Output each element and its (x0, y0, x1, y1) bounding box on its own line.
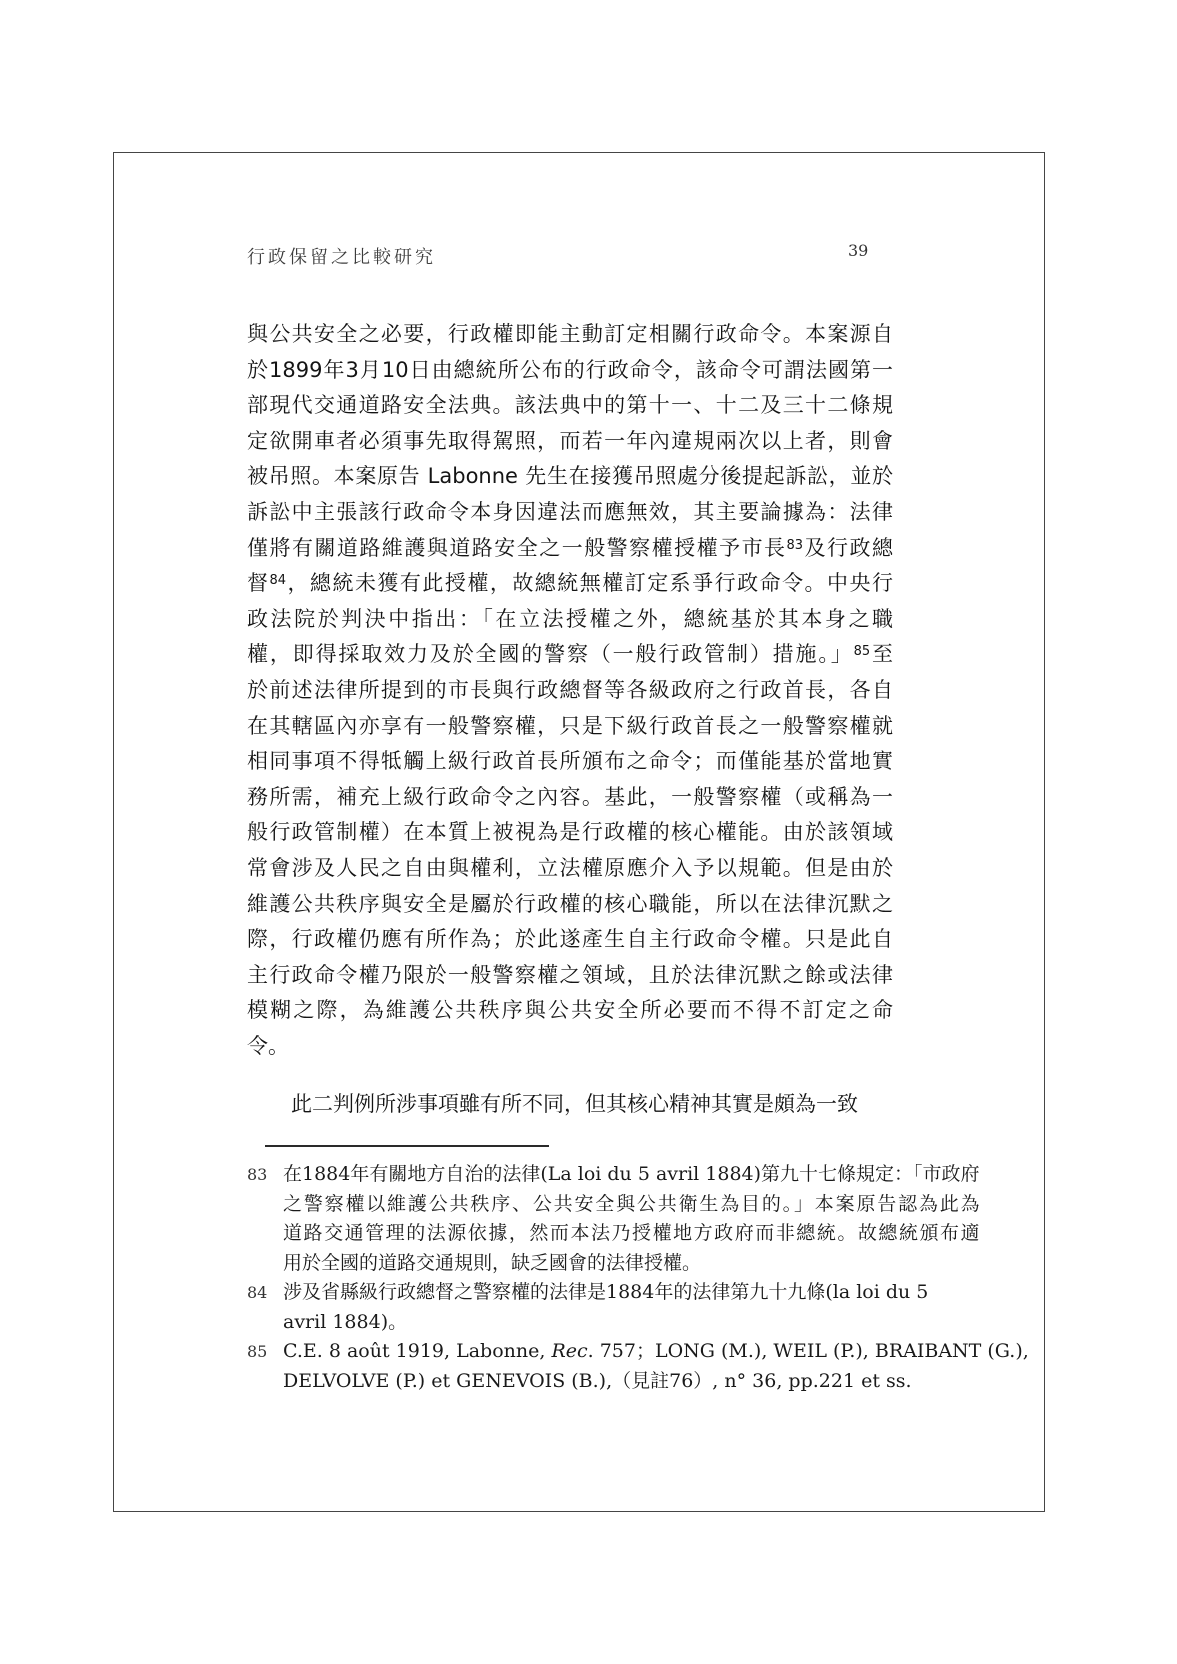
body-line: 被吊照。本案原告 Labonne 先生在接獲吊照處分後提起訴訟，並於 (247, 459, 893, 495)
body-line: 際，行政權仍應有所作為；於此遂產生自主行政命令權。只是此自 (247, 922, 893, 958)
body-line: 政法院於判決中指出：「在立法授權之外，總統基於其本身之職 (247, 602, 893, 638)
body-line: 訴訟中主張該行政命令本身因違法而應無效，其主要論據為：法律 (247, 495, 893, 531)
body-line: 模糊之際，為維護公共秩序與公共安全所必要而不得不訂定之命 (247, 993, 893, 1029)
body-line: 務所需，補充上級行政命令之內容。基此，一般警察權（或稱為一 (247, 780, 893, 816)
footnote-line: 用於全國的道路交通規則，缺乏國會的法律授權。 (283, 1249, 980, 1279)
body-line: 相同事項不得牴觸上級行政首長所頒布之命令；而僅能基於當地實 (247, 744, 893, 780)
running-head-title: 行政保留之比較研究 (247, 243, 436, 269)
footnote-text: 涉及省縣級行政總督之警察權的法律是1884年的法律第九十九條(la loi du… (283, 1278, 928, 1337)
body-line: 部現代交通道路安全法典。該法典中的第十一、十二及三十二條規 (247, 388, 893, 424)
body-line: 維護公共秩序與安全是屬於行政權的核心職能，所以在法律沉默之 (247, 887, 893, 923)
body-line: 令。 (247, 1029, 893, 1065)
footnote-line: DELVOLVE (P.) et GENEVOIS (B.),（見註76）, n… (283, 1367, 1029, 1397)
body-line: 與公共安全之必要，行政權即能主動訂定相關行政命令。本案源自 (247, 317, 893, 353)
body-line: 於前述法律所提到的市長與行政總督等各級政府之行政首長，各自 (247, 673, 893, 709)
body-line: 般行政管制權）在本質上被視為是行政權的核心權能。由於該領域 (247, 815, 893, 851)
main-text-paragraph: 與公共安全之必要，行政權即能主動訂定相關行政命令。本案源自於1899年3月10日… (247, 317, 893, 1064)
footnote-number: 83 (247, 1160, 283, 1190)
body-line: 定欲開車者必須事先取得駕照，而若一年內違規兩次以上者，則會 (247, 424, 893, 460)
footnote-separator-rule (265, 1145, 549, 1147)
body-line: 在其轄區內亦享有一般警察權，只是下級行政首長之一般警察權就 (247, 709, 893, 745)
footnote-line: 之警察權以維護公共秩序、公共安全與公共衛生為目的。」本案原告認為此為 (283, 1190, 980, 1220)
body-line: 常會涉及人民之自由與權利，立法權原應介入予以規範。但是由於 (247, 851, 893, 887)
footnote: 85C.E. 8 août 1919, Labonne, Rec. 757；LO… (247, 1337, 895, 1396)
body-line: 僅將有關道路維護與道路安全之一般警察權授權予市長83及行政總 (247, 531, 893, 567)
body-line: 主行政命令權乃限於一般警察權之領域，且於法律沉默之餘或法律 (247, 958, 893, 994)
page-number: 39 (848, 241, 868, 260)
footnote: 84涉及省縣級行政總督之警察權的法律是1884年的法律第九十九條(la loi … (247, 1278, 895, 1337)
italic-citation: Rec (551, 1340, 587, 1362)
footnote-text: 在1884年有關地方自治的法律(La loi du 5 avril 1884)第… (283, 1160, 980, 1278)
footnote-ref: 84 (269, 573, 286, 588)
footnote-ref: 83 (787, 538, 804, 553)
footnote-line: avril 1884)。 (283, 1308, 928, 1338)
footnote-line: 在1884年有關地方自治的法律(La loi du 5 avril 1884)第… (283, 1160, 980, 1190)
book-page: { "colors": { "text": "#141414", "frame_… (0, 0, 1177, 1664)
footnote: 83在1884年有關地方自治的法律(La loi du 5 avril 1884… (247, 1160, 895, 1278)
footnote-number: 84 (247, 1278, 283, 1308)
footnote-text: C.E. 8 août 1919, Labonne, Rec. 757；LONG… (283, 1337, 1029, 1396)
body-line: 權，即得採取效力及於全國的警察（一般行政管制）措施。」85至 (247, 637, 893, 673)
footnote-line: C.E. 8 août 1919, Labonne, Rec. 757；LONG… (283, 1337, 1029, 1367)
footnote-line: 涉及省縣級行政總督之警察權的法律是1884年的法律第九十九條(la loi du… (283, 1278, 928, 1308)
footnote-line: 道路交通管理的法源依據，然而本法乃授權地方政府而非總統。故總統頒布適 (283, 1219, 980, 1249)
footnotes-section: 83在1884年有關地方自治的法律(La loi du 5 avril 1884… (247, 1160, 895, 1396)
footnote-ref: 85 (854, 644, 871, 659)
footnote-number: 85 (247, 1337, 283, 1367)
body-line: 督84，總統未獲有此授權，故總統無權訂定系爭行政命令。中央行 (247, 566, 893, 602)
body-line: 於1899年3月10日由總統所公布的行政命令，該命令可謂法國第一 (247, 353, 893, 389)
second-paragraph: 此二判例所涉事項雖有所不同，但其核心精神其實是頗為一致 (247, 1087, 893, 1123)
